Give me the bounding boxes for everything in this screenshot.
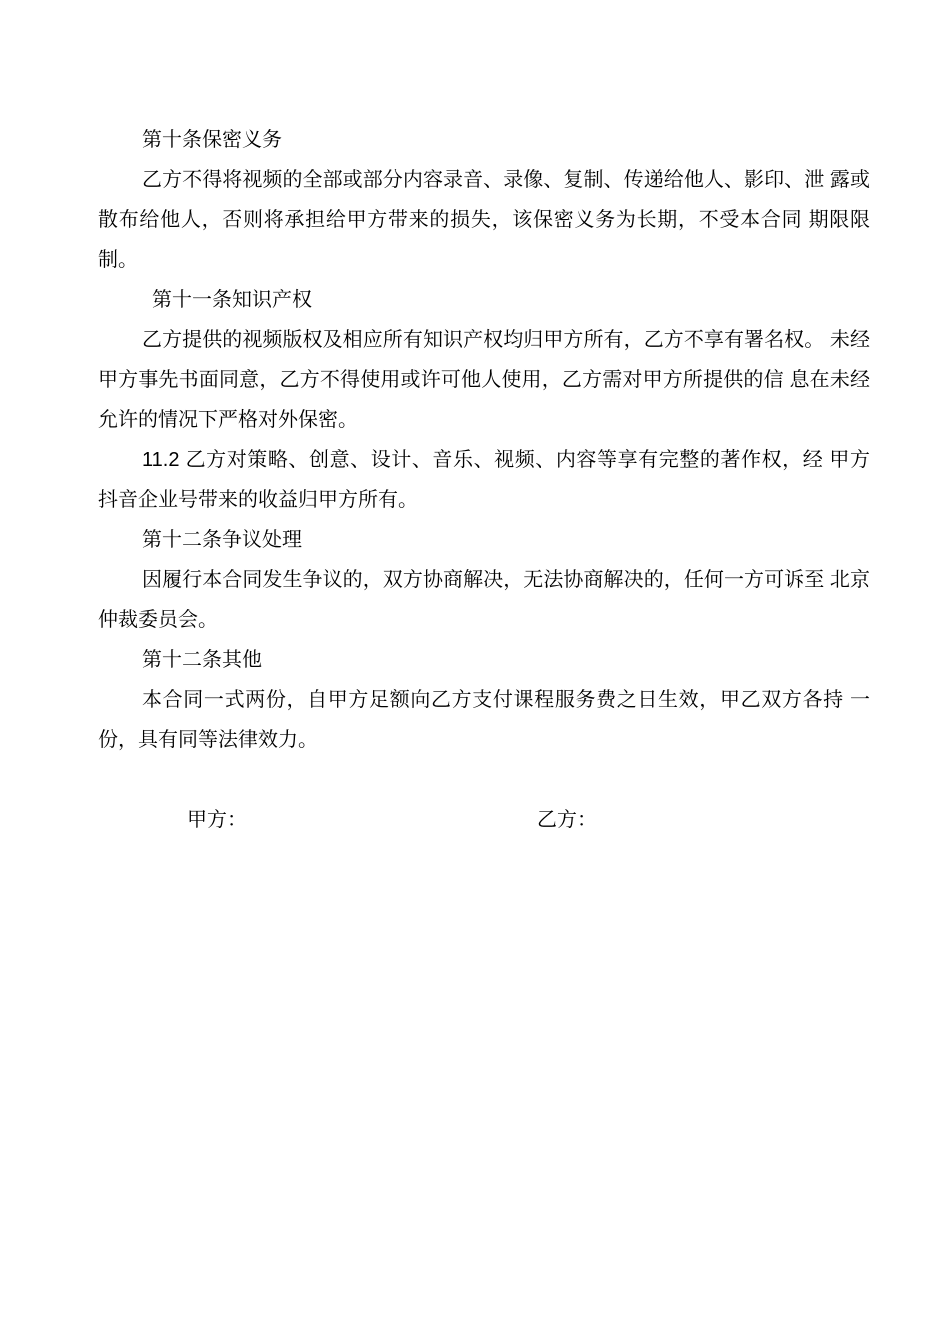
signature-row: 甲方： 乙方： bbox=[98, 800, 870, 840]
paragraph-ip-clause-11-2: 11.2 乙方对策略、创意、设计、音乐、视频、内容等享有完整的著作权，经 甲方抖… bbox=[98, 440, 870, 520]
paragraph-confidentiality-terms: 乙方不得将视频的全部或部分内容录音、录像、复制、传递给他人、影印、泄 露或散布给… bbox=[98, 160, 870, 280]
heading-article-12-dispute-resolution: 第十二条争议处理 bbox=[98, 520, 870, 560]
paragraph-counterparts-effectiveness: 本合同一式两份，自甲方足额向乙方支付课程服务费之日生效，甲乙双方各持 一份，具有… bbox=[98, 680, 870, 760]
heading-article-12-miscellaneous: 第十二条其他 bbox=[98, 640, 870, 680]
contract-text-block: 第十条保密义务 乙方不得将视频的全部或部分内容录音、录像、复制、传递给他人、影印… bbox=[98, 120, 870, 840]
heading-article-10-confidentiality: 第十条保密义务 bbox=[98, 120, 870, 160]
heading-article-11-intellectual-property: 第十一条知识产权 bbox=[98, 280, 870, 320]
paragraph-dispute-resolution: 因履行本合同发生争议的，双方协商解决，无法协商解决的，任何一方可诉至 北京仲裁委… bbox=[98, 560, 870, 640]
signature-party-b-label: 乙方： bbox=[537, 800, 597, 840]
signature-party-a-label: 甲方： bbox=[187, 800, 247, 840]
document-page: 第十条保密义务 乙方不得将视频的全部或部分内容录音、录像、复制、传递给他人、影印… bbox=[0, 0, 950, 1344]
paragraph-ip-ownership: 乙方提供的视频版权及相应所有知识产权均归甲方所有，乙方不享有署名权。 未经甲方事… bbox=[98, 320, 870, 440]
